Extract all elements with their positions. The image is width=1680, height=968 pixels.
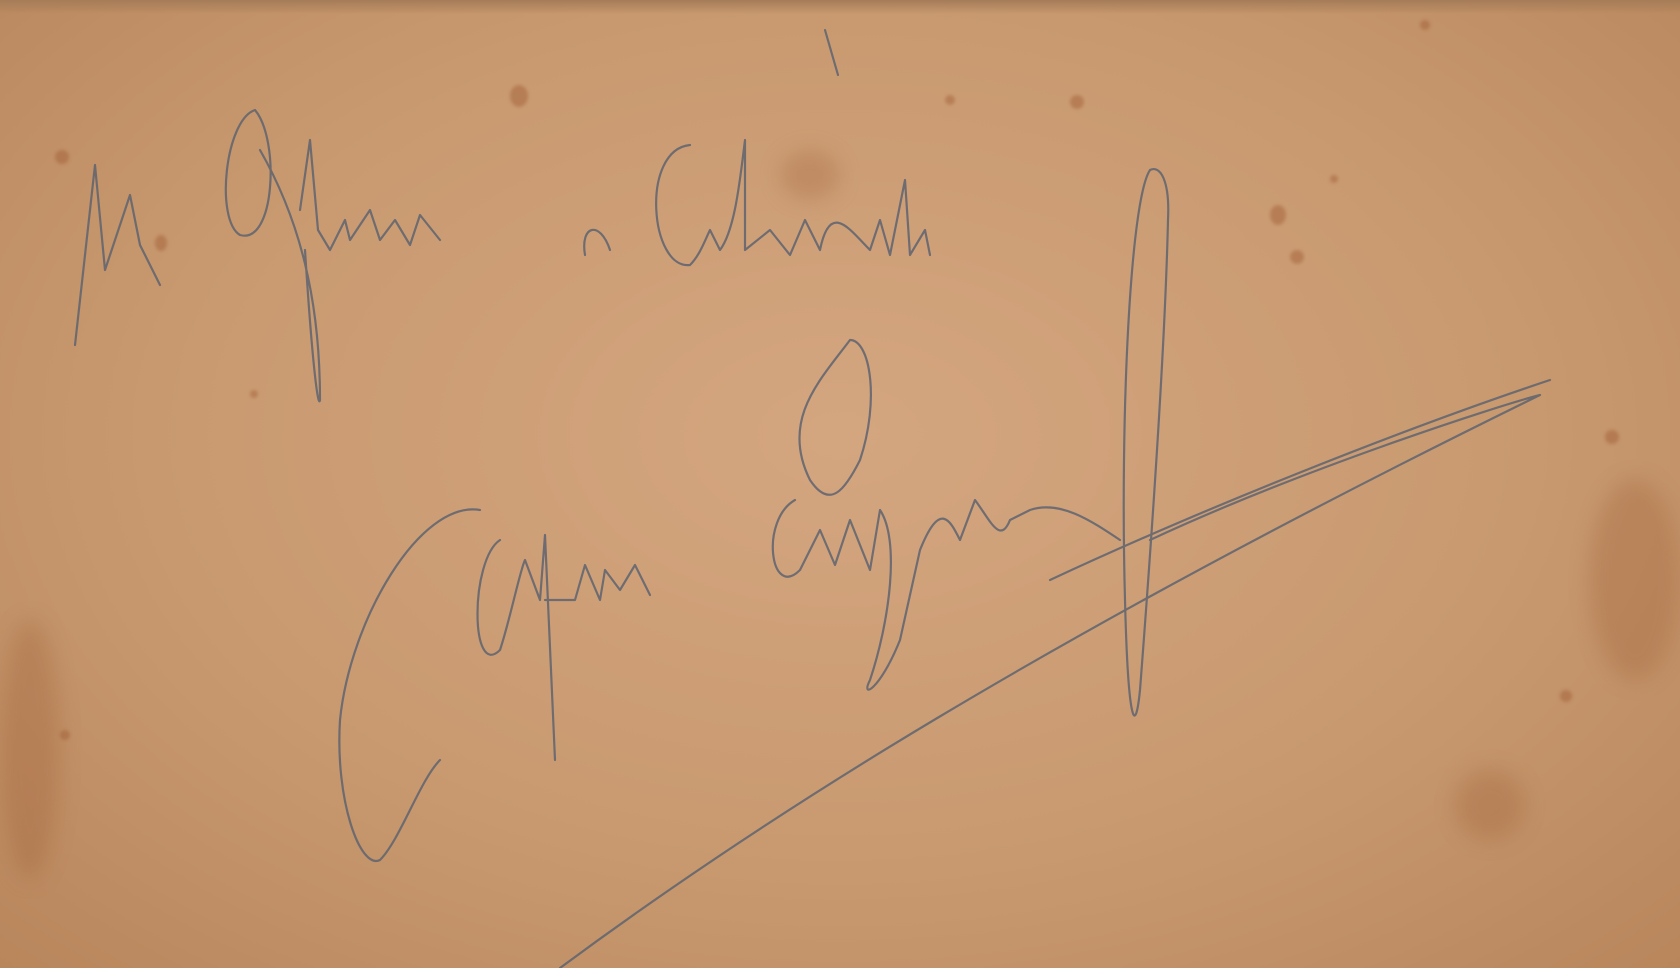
- aged-paper-sheet: à Ogilvie … Cédraich (illegible, approxi…: [0, 0, 1680, 968]
- signature-tall-loop: [1124, 169, 1169, 715]
- signature-initial-c: [339, 509, 480, 861]
- inscription-word-2: [584, 230, 610, 255]
- inscription-letter-o: [226, 110, 271, 236]
- inscription-letter-m: [75, 165, 160, 345]
- signature-word-1: [478, 535, 651, 760]
- inscription-tick: [825, 30, 838, 75]
- inscription-word-1: [300, 140, 440, 250]
- signature-word-2: [773, 500, 1120, 690]
- pencil-inscription: [0, 0, 1680, 968]
- signature-flourish: [560, 395, 1540, 968]
- signature-loop-d: [799, 340, 871, 495]
- inscription-word-3: [656, 140, 930, 265]
